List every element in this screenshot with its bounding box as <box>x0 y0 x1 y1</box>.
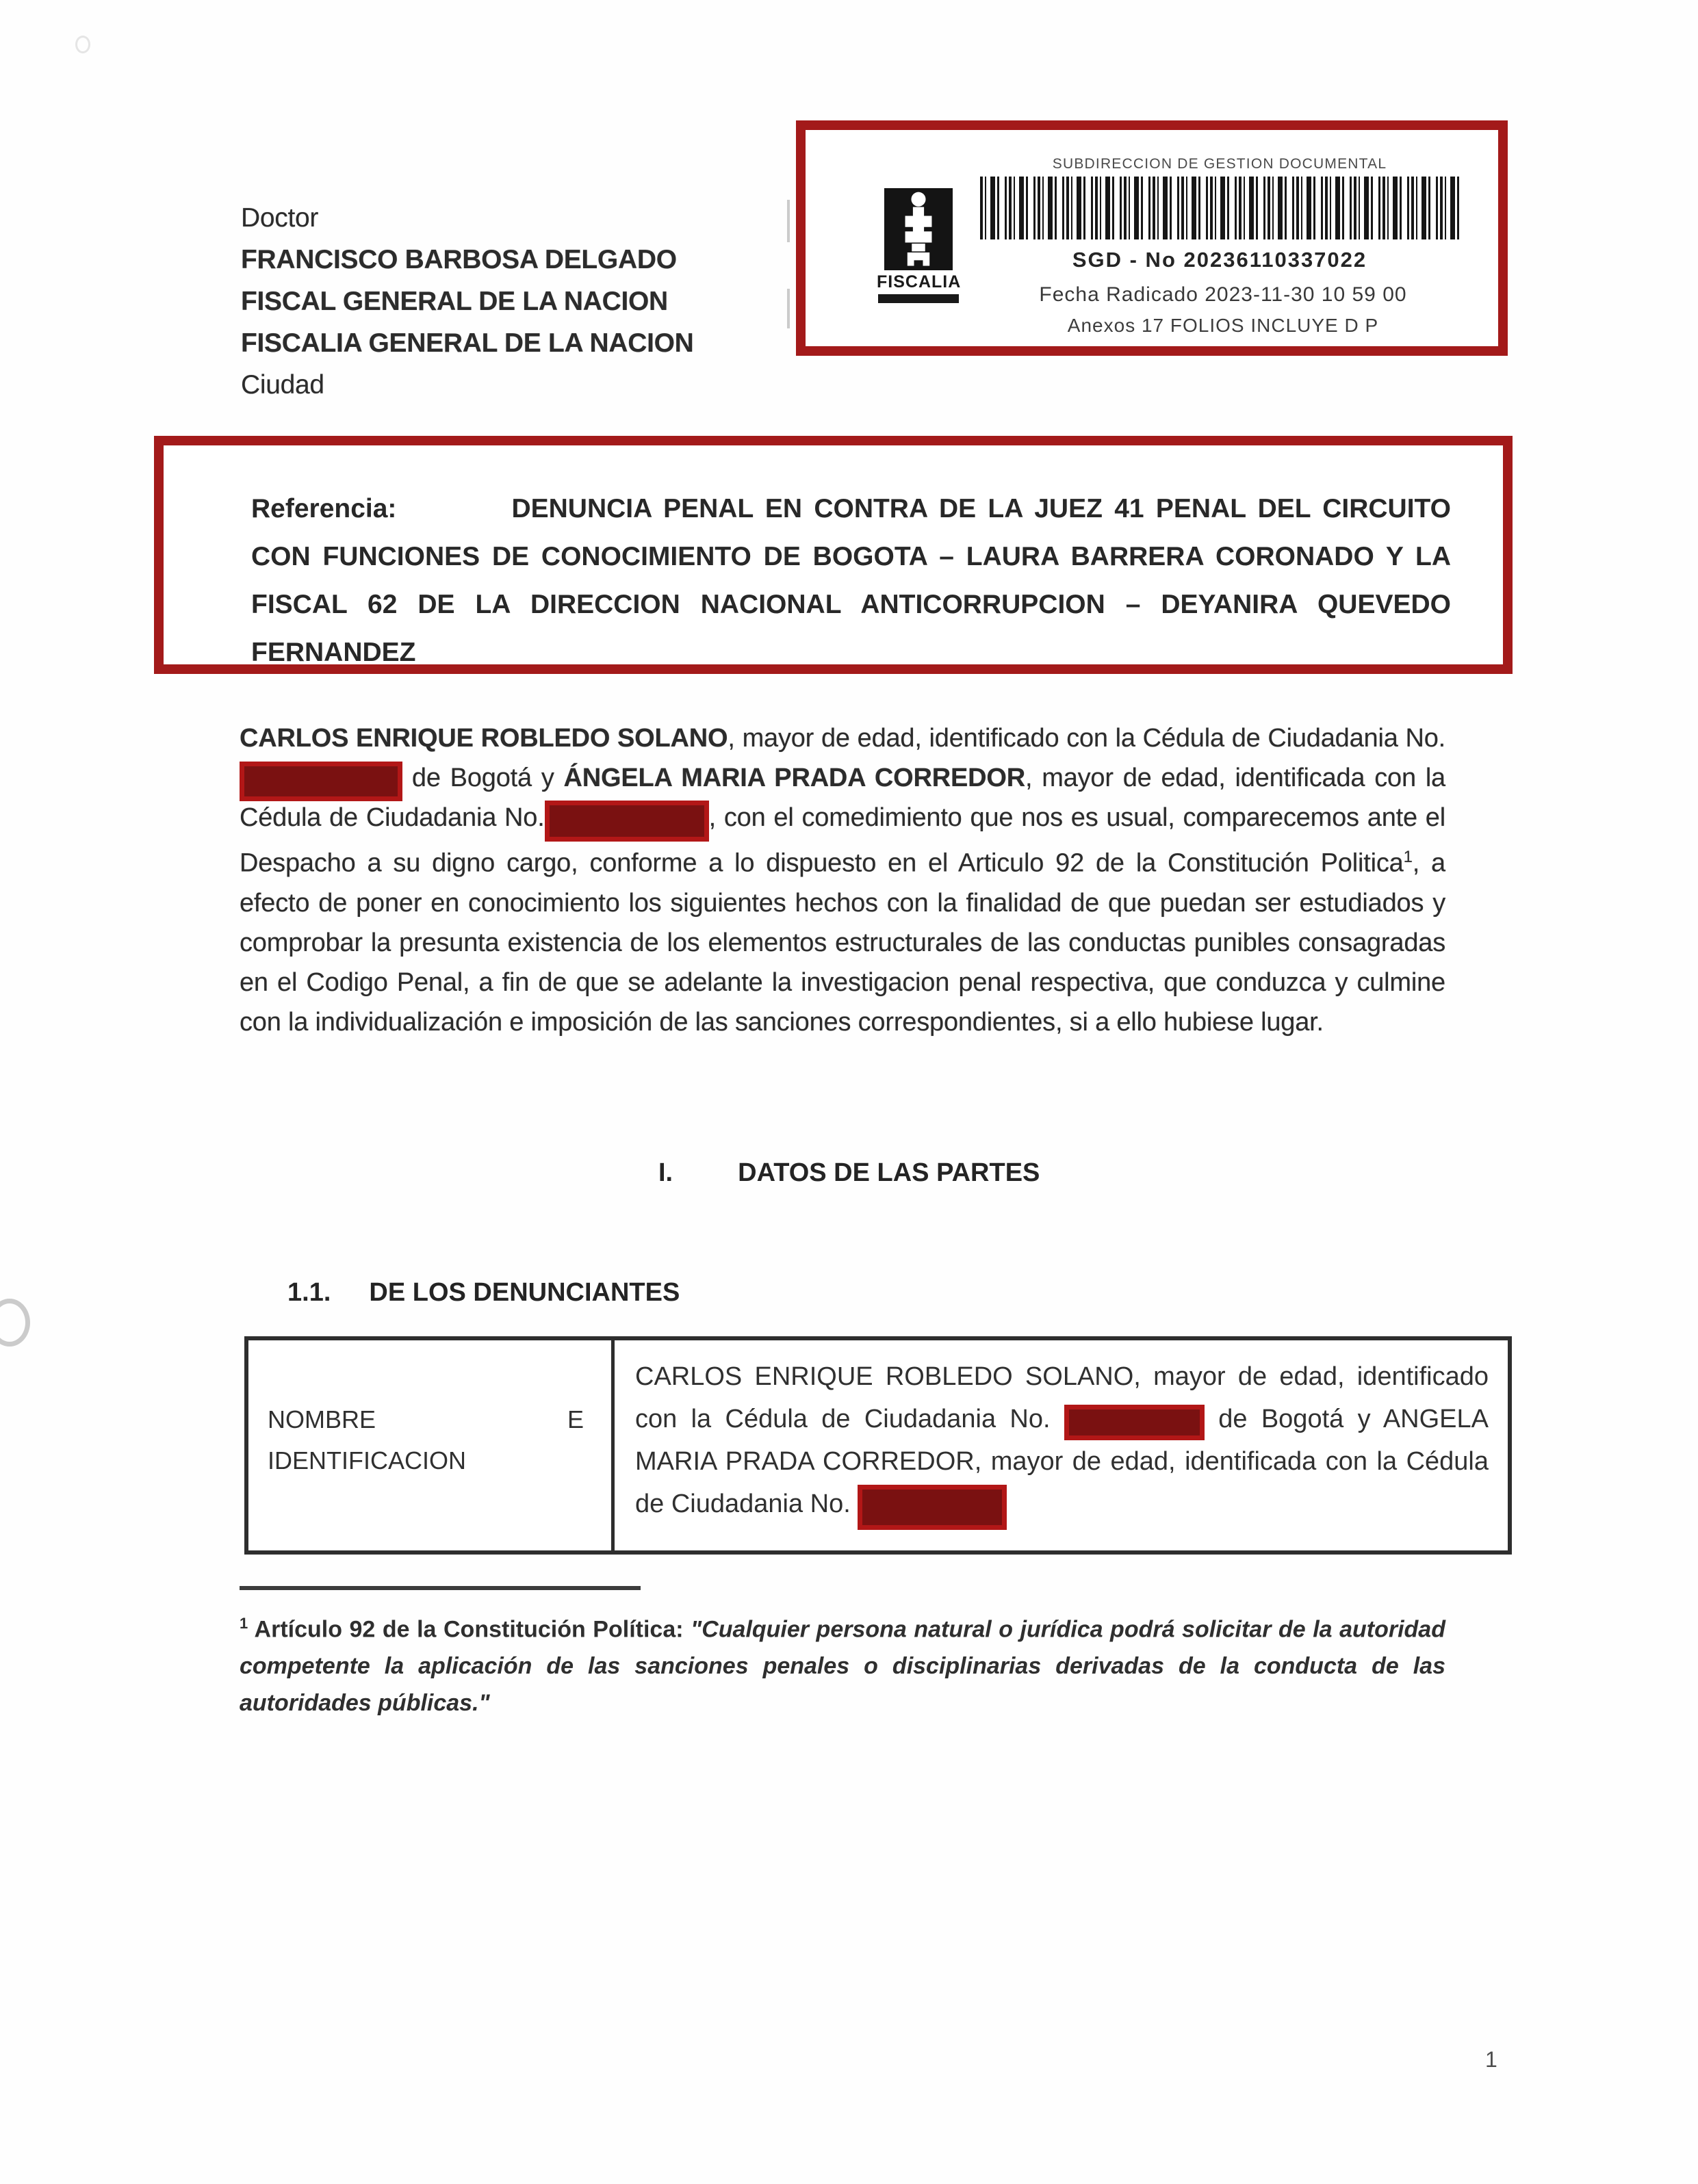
scan-smudge <box>0 1299 30 1347</box>
footnote: 1 Artículo 92 de la Constitución Polític… <box>240 1605 1445 1721</box>
table-header-row-1: NOMBREE <box>268 1399 584 1440</box>
barcode <box>980 177 1459 239</box>
subsection-heading: 1.1. DE LOS DENUNCIANTES <box>287 1278 680 1308</box>
scan-tick-mark <box>787 200 790 242</box>
reference-paragraph: Referencia:DENUNCIA PENAL EN CONTRA DE L… <box>164 445 1503 677</box>
filing-stamp-box: FISCALIA SUBDIRECCION DE GESTION DOCUMEN… <box>796 120 1508 356</box>
fiscalia-logo-text: FISCALIA <box>877 272 960 292</box>
document-page: Doctor FRANCISCO BARBOSA DELGADO FISCAL … <box>0 0 1698 2184</box>
recipient-name: FRANCISCO BARBOSA DELGADO <box>241 239 694 281</box>
recipient-salutation: Doctor <box>241 197 694 239</box>
stamp-filing-date: Fecha Radicado 2023-11-30 10 59 00 <box>960 283 1487 307</box>
section-numeral: I. <box>658 1158 673 1188</box>
stamp-office-label: SUBDIRECCION DE GESTION DOCUMENTAL <box>980 156 1459 172</box>
footnote-lead-text: Artículo 92 de la Constitución Política: <box>248 1616 691 1642</box>
reference-text: DENUNCIA PENAL EN CONTRA DE LA JUEZ 41 P… <box>251 494 1451 667</box>
stamp-annexes: Anexos 17 FOLIOS INCLUYE D P <box>960 315 1487 337</box>
subsection-title: DE LOS DENUNCIANTES <box>369 1278 680 1308</box>
fiscalia-logo-bar <box>878 294 959 303</box>
stamp-sgd-number: SGD - No 20236110337022 <box>980 248 1459 272</box>
reference-box: Referencia:DENUNCIA PENAL EN CONTRA DE L… <box>154 436 1513 674</box>
redaction-box <box>240 762 402 801</box>
recipient-title: FISCAL GENERAL DE LA NACION <box>241 281 694 322</box>
redaction-box <box>858 1485 1007 1530</box>
table-header-word-1: NOMBRE <box>268 1399 376 1440</box>
recipient-city: Ciudad <box>241 364 694 406</box>
subsection-numeral: 1.1. <box>287 1278 331 1308</box>
intro-paragraph: CARLOS ENRIQUE ROBLEDO SOLANO, mayor de … <box>240 718 1445 1042</box>
table-header-word-2: E <box>567 1399 584 1440</box>
table-header-word-3: IDENTIFICACION <box>268 1440 584 1481</box>
redaction-box <box>545 801 709 842</box>
section-heading: I. DATOS DE LAS PARTES <box>658 1158 1040 1188</box>
table-value-cell: CARLOS ENRIQUE ROBLEDO SOLANO, mayor de … <box>615 1340 1508 1550</box>
scan-tick-mark <box>787 289 790 328</box>
footnote-divider <box>240 1586 641 1590</box>
section-title: DATOS DE LAS PARTES <box>738 1158 1040 1188</box>
complainant-name-2: ÁNGELA MARIA PRADA CORREDOR <box>564 764 1025 792</box>
table-header-cell: NOMBREE IDENTIFICACION <box>248 1340 615 1550</box>
footnote-number: 1 <box>240 1615 248 1632</box>
reference-label: Referencia: <box>251 494 396 523</box>
intro-text-2: de Bogotá y <box>402 764 564 792</box>
footnote-reference-mark: 1 <box>1404 848 1413 866</box>
parties-table: NOMBREE IDENTIFICACION CARLOS ENRIQUE RO… <box>244 1336 1512 1555</box>
redaction-box <box>1064 1405 1205 1440</box>
complainant-name-1: CARLOS ENRIQUE ROBLEDO SOLANO <box>240 724 728 753</box>
scan-smudge <box>75 36 90 53</box>
recipient-block: Doctor FRANCISCO BARBOSA DELGADO FISCAL … <box>241 197 694 406</box>
page-number: 1 <box>1485 2047 1497 2072</box>
recipient-entity: FISCALIA GENERAL DE LA NACION <box>241 322 694 364</box>
fiscalia-logo-icon <box>884 188 953 270</box>
intro-text-1: , mayor de edad, identificado con la Céd… <box>728 724 1445 753</box>
